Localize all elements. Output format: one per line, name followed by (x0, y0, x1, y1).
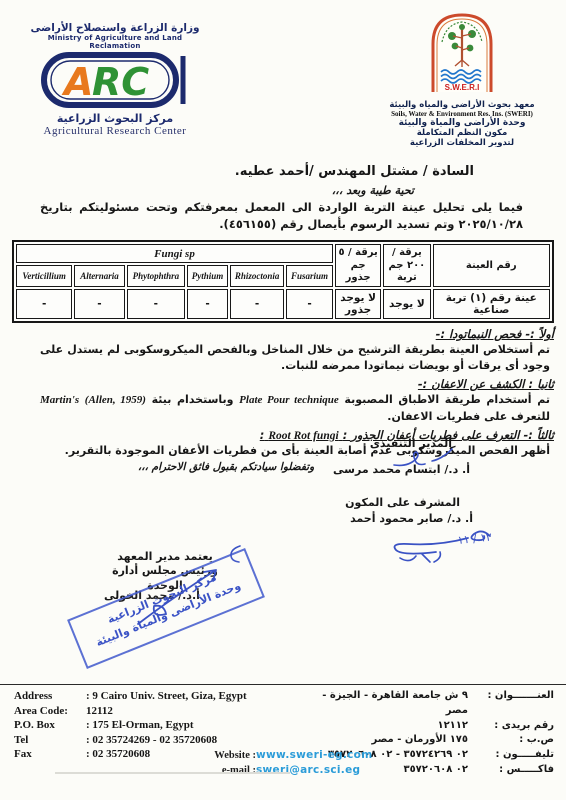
fax-label: Fax (14, 747, 86, 762)
martins-medium-term: Martin's (40, 394, 79, 406)
fungi-col-header: Rhizoctonia (230, 265, 284, 287)
arc-header-block: وزارة الزراعة واستصلاح الأراضى Ministry … (24, 22, 206, 152)
arc-logo-icon: A RC (40, 50, 190, 110)
fax-value-ar: ٠٢ ٣٥٧٢٠٦٠٨ (403, 763, 468, 778)
fungi-col-header: Alternaria (74, 265, 124, 287)
fungi-col-header: Verticillium (16, 265, 72, 287)
svg-text:S.W.E.R.I: S.W.E.R.I (445, 83, 480, 92)
section1-body: تم أستخلاص العينة بطريقة الترشيح من خلال… (40, 342, 550, 373)
fungi-value-cell: - (74, 289, 124, 319)
area-code-label: Area Code: (14, 704, 86, 719)
scan-artifact-line (55, 772, 290, 774)
section1-heading: أولاً :- فحص النيماتودا :- (12, 327, 554, 341)
larvae-soil-value-cell: لا يوجد (383, 289, 430, 319)
section2-arabic-1: تم أستخدام طريقة الاطباق المصبوبة (344, 393, 550, 406)
salutation-line: تحية طيبة وبعد ،،، (0, 184, 414, 197)
letterhead: وزارة الزراعة واستصلاح الأراضى Ministry … (0, 0, 566, 152)
arc-name-english: Agricultural Research Center (24, 125, 206, 137)
col-header-larvae-per-roots: يرقة / ٥ جم جذور (335, 244, 381, 287)
address-label: Address (14, 689, 86, 704)
fungi-col-header: Fusarium (286, 265, 333, 287)
institute-director-signature-ink (120, 560, 240, 630)
sweri-component-line: مكون النظم المتكاملة (374, 128, 550, 138)
svg-text:١٢ / ١١: ١٢ / ١١ (457, 530, 493, 547)
intro-paragraph: فيما يلى تحليل عينة التربة الواردة الى ا… (40, 199, 523, 232)
tel-label-ar: تليفـــــون : (468, 748, 554, 763)
recipient-line: السادة / مشتل المهندس /أحمد عطيه. (0, 164, 474, 179)
sweri-recycling-line: لتدوير المخلفات الزراعية (374, 138, 550, 148)
ministry-title-english: Ministry of Agriculture and Land Reclama… (24, 34, 206, 50)
supervisor-signature-ink: ١٢ / ١١ (372, 524, 502, 568)
supervisor-title: المشرف على المكون (345, 496, 460, 509)
sweri-header-block: S.W.E.R.I معهد بحوث الأراضى والمياه والب… (374, 8, 550, 152)
fungi-value-cell: - (230, 289, 284, 319)
document-page: وزارة الزراعة واستصلاح الأراضى Ministry … (0, 0, 566, 800)
intro-line-1: فيما يلى تحليل عينة التربة الواردة الى ا… (40, 199, 523, 216)
tel-value: : 02 35724269 - 02 35720608 (86, 733, 217, 748)
po-box-value-ar: ١٧٥ الأورمان - مصر (371, 733, 468, 748)
arc-name-arabic: مركز البحوث الزراعية (24, 112, 206, 125)
fungi-value-cell: - (16, 289, 72, 319)
svg-text:A: A (61, 60, 93, 104)
section3-heading: ثالثاً :- التعرف على فطريات أعفان الجذور… (12, 428, 554, 442)
ministry-title-arabic: وزارة الزراعة واستصلاح الأراضى (24, 22, 206, 34)
sweri-institute-arabic: معهد بحوث الأراضى والمياه والبيئة (374, 100, 550, 110)
website-link[interactable]: www.sweri-eg.com (256, 748, 372, 762)
closing-courtesy-line: وتفضلوا سيادتكم بقبول فائق الاحترام ،،، (12, 461, 554, 473)
fax-label-ar: فاكـــــس : (468, 763, 554, 778)
email-link[interactable]: sweri@arc.sci.eg (256, 763, 360, 777)
postal-code-label-ar: رقم بريدى : (468, 719, 554, 734)
executive-director-name: أ. د./ ابتسام محمد مرسى (333, 463, 470, 476)
po-box-label: P.O. Box (14, 718, 86, 733)
sample-data-row: عينة رقم (١) تربة صناعية لا يوجد لا يوجد… (16, 289, 550, 319)
sweri-unit-line: وحدة الأراضى والمياة والبيئة (374, 118, 550, 128)
section2-arabic-2: وباستخدام بيئة (152, 393, 234, 406)
section2-heading: ثانيا : الكشف عن الاعفان :- (12, 377, 554, 391)
intro-line-2: ٢٠٢٥/١٠/٢٨ وتم تسديد الرسوم بأيصال رقم (… (40, 216, 523, 233)
postal-code-value-ar: ١٢١١٢ (437, 719, 468, 734)
fungi-col-header: Phytophthra (127, 265, 185, 287)
report-sections: أولاً :- فحص النيماتودا :- تم أستخلاص ال… (12, 327, 554, 473)
address-value: : 9 Cairo Univ. Street, Giza, Egypt (86, 689, 247, 704)
po-box-label-ar: ص.ب : (468, 733, 554, 748)
po-box-value: : 175 El-Orman, Egypt (86, 718, 194, 733)
fungi-value-cell: - (286, 289, 333, 319)
larvae-roots-value-cell: لا يوجد جذور (335, 289, 381, 319)
fungi-value-cell: - (127, 289, 185, 319)
sample-name-cell: عينة رقم (١) تربة صناعية (433, 289, 550, 319)
tel-label: Tel (14, 733, 86, 748)
area-code-value: 12112 (86, 704, 113, 719)
section3-body: أظهر الفحص الميكروسكوبى عدم أصابة العينة… (40, 443, 550, 458)
col-header-sample-number: رقم العينة (433, 244, 550, 287)
address-value-ar: ٩ ش جامعة القاهرة - الجيزة - مصر (316, 689, 468, 719)
section2-arabic-3: للتعرف على فطريات الاعفان. (387, 410, 550, 423)
fungi-value-cell: - (187, 289, 228, 319)
address-label-ar: العنـــــــوان : (468, 689, 554, 719)
website-label: Website : (194, 749, 256, 763)
fax-value: : 02 35720608 (86, 747, 150, 762)
plate-pour-technique-term: Plate Pour technique (239, 394, 339, 406)
section3-heading-tail: : (260, 428, 265, 442)
root-rot-fungi-term: Root Rot fungi (268, 430, 338, 442)
svg-text:RC: RC (92, 60, 149, 104)
fungi-col-header: Pythium (187, 265, 228, 287)
fungi-group-header: Fungi sp (16, 244, 333, 263)
analysis-results-table: رقم العينة يرقة / ٢٠٠ جم تربة يرقة / ٥ ج… (12, 240, 554, 323)
sweri-logo-icon: S.W.E.R.I (426, 8, 498, 96)
col-header-larvae-per-soil: يرقة / ٢٠٠ جم تربة (383, 244, 430, 287)
section2-body: تم أستخدام طريقة الاطباق المصبوبة Plate … (40, 392, 550, 424)
allen-1959-citation: (Allen, 1959) (85, 394, 146, 406)
sweri-institute-english: Soils, Water & Environment Res. Ins. (SW… (374, 110, 550, 118)
